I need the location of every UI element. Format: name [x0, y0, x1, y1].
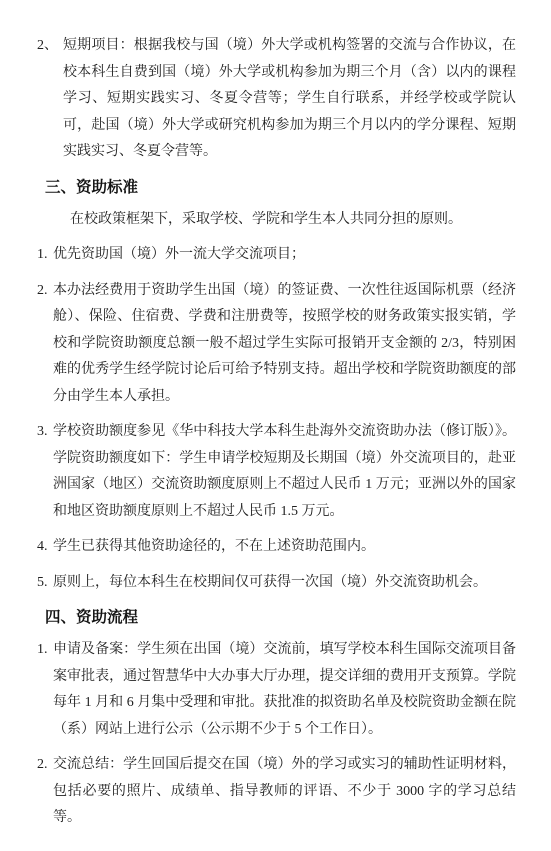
list-item: 2. 交流总结：学生回国后提交在国（境）外的学习或实习的辅助性证明材料，包括必要…: [37, 752, 516, 832]
list-item-text: 学校资助额度参见《华中科技大学本科生赴海外交流资助办法（修订版）》。学院资助额度…: [53, 419, 516, 525]
list-item-text: 短期项目：根据我校与国（境）外大学或机构签署的交流与合作协议，在校本科生自费到国…: [63, 33, 516, 166]
list-marker: 4.: [37, 534, 53, 561]
list-item-text: 交流总结：学生回国后提交在国（境）外的学习或实习的辅助性证明材料，包括必要的照片…: [53, 752, 516, 832]
list-item: 1. 优先资助国（境）外一流大学交流项目；: [37, 242, 516, 269]
document-page: 2、 短期项目：根据我校与国（境）外大学或机构签署的交流与合作协议，在校本科生自…: [0, 0, 551, 851]
list-marker: 5.: [37, 570, 53, 597]
list-item-text: 优先资助国（境）外一流大学交流项目；: [53, 242, 516, 269]
list-marker: 1.: [37, 637, 53, 743]
list-item: 5. 原则上，每位本科生在校期间仅可获得一次国（境）外交流资助机会。: [37, 570, 516, 597]
list-marker: 3.: [37, 419, 53, 525]
paragraph: 在校政策框架下，采取学校、学院和学生本人共同分担的原则。: [37, 207, 516, 234]
list-marker: 2.: [37, 752, 53, 832]
list-item-text: 原则上，每位本科生在校期间仅可获得一次国（境）外交流资助机会。: [53, 570, 516, 597]
section-heading-funding-standards: 三、资助标准: [45, 175, 516, 201]
list-marker: 1.: [37, 242, 53, 269]
list-item: 3. 学校资助额度参见《华中科技大学本科生赴海外交流资助办法（修订版）》。学院资…: [37, 419, 516, 525]
list-item: 4. 学生已获得其他资助途径的，不在上述资助范围内。: [37, 534, 516, 561]
list-item: 2. 本办法经费用于资助学生出国（境）的签证费、一次性往返国际机票（经济舱）、保…: [37, 278, 516, 411]
list-marker: 2.: [37, 278, 53, 411]
list-item-text: 申请及备案：学生须在出国（境）交流前，填写学校本科生国际交流项目备案审批表，通过…: [53, 637, 516, 743]
list-item: 2、 短期项目：根据我校与国（境）外大学或机构签署的交流与合作协议，在校本科生自…: [37, 33, 516, 166]
list-marker: 2、: [37, 33, 63, 166]
list-item-text: 本办法经费用于资助学生出国（境）的签证费、一次性往返国际机票（经济舱）、保险、住…: [53, 278, 516, 411]
section-heading-funding-process: 四、资助流程: [45, 605, 516, 631]
list-item-text: 学生已获得其他资助途径的，不在上述资助范围内。: [53, 534, 516, 561]
list-item: 1. 申请及备案：学生须在出国（境）交流前，填写学校本科生国际交流项目备案审批表…: [37, 637, 516, 743]
